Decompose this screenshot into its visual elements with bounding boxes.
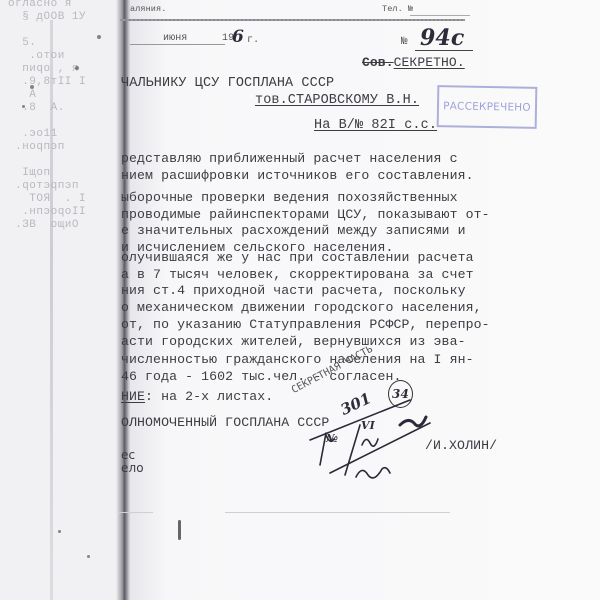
addressee-line1: ЧАЛЬНИКУ ЦСУ ГОСПЛАНА СССР — [121, 76, 334, 91]
body-line: ыборочные проверки ведения похозяйственн… — [121, 190, 458, 205]
speck — [178, 520, 181, 540]
body-line: проводимые райинспекторами ЦСУ, показыва… — [121, 207, 490, 222]
handwritten-month: VI — [361, 419, 375, 432]
speck — [87, 555, 90, 558]
declassified-stamp: РАССЕКРЕЧЕНО — [437, 85, 538, 129]
classification-struck: Сов. — [362, 55, 394, 70]
speck — [75, 66, 79, 70]
date-suffix: г. — [247, 35, 259, 46]
attachment-text: : на 2-х листах. — [145, 389, 273, 404]
number-underline — [415, 50, 473, 51]
tel-field-line — [410, 15, 470, 16]
date-year-handwritten: 6 — [232, 27, 244, 47]
body-line: от, по указанию Статуправления РСФСР, пе… — [121, 317, 490, 332]
handwritten-registration-marks — [290, 395, 440, 485]
date-month: июня — [163, 33, 187, 44]
number-label: № — [401, 36, 408, 48]
attachment-label: НИЕ — [121, 389, 145, 404]
footer-line2: ело — [121, 461, 144, 475]
body-line: о механическом движении городского насел… — [121, 300, 482, 315]
body-line: олучившаяся же у нас при составлении рас… — [121, 250, 474, 265]
attachment-line: НИЕ: на 2-х листах. — [121, 389, 273, 404]
reference-number: На В/№ 82I с.с. — [314, 118, 437, 133]
previous-page-edge: огласно я § дООВ 1У 5. .отои пиqо , я .9… — [0, 0, 128, 600]
body-line: асти городских жителей, вернувшихся из э… — [121, 334, 466, 349]
document-number-handwritten: 94с — [420, 25, 464, 51]
body-line: редставляю приближенный расчет населения… — [121, 151, 458, 166]
handwritten-no: № — [326, 432, 338, 445]
footer-box-line — [118, 512, 153, 513]
speck — [97, 35, 101, 39]
org-fragment: аляния. — [130, 4, 166, 14]
addressee-line2: тов.СТАРОВСКОМУ В.Н. — [255, 93, 419, 108]
speck — [30, 85, 34, 89]
classification: Сов.СЕКРЕТНО. — [362, 55, 465, 70]
ghost-page-text: огласно я § дООВ 1У 5. .отои пиqо , я .9… — [8, 0, 86, 232]
body-line: численностью гражданского населения на I… — [121, 352, 474, 367]
tel-label: Тел. № — [382, 4, 413, 14]
date-day-line — [130, 44, 225, 45]
bottom-rule — [225, 512, 450, 513]
header-rule — [120, 19, 465, 21]
footer-line1: ес — [121, 448, 135, 462]
scanned-document-page: огласно я § дООВ 1У 5. .отои пиqо , я .9… — [0, 0, 600, 600]
body-line: а в 7 тысяч человек, скорректирована за … — [121, 267, 474, 282]
body-line: нием расшифровки источников его составле… — [121, 168, 474, 183]
body-line: ния ст.4 приходной части расчета, поскол… — [121, 283, 466, 298]
body-line: 46 года - 1602 тыс.чел. - согласен. — [121, 369, 401, 384]
classification-label: СЕКРЕТНО. — [394, 55, 465, 70]
speck — [58, 530, 61, 533]
speck — [22, 105, 25, 108]
body-line: е значительных расхождений между записям… — [121, 223, 466, 238]
